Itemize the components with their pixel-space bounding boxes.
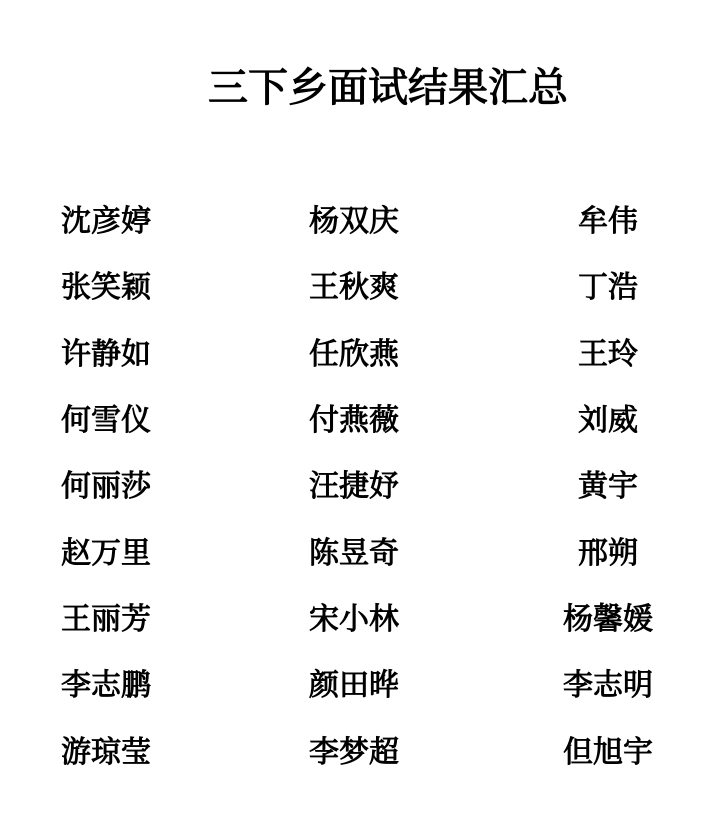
name-cell: 但旭宇 <box>496 715 720 781</box>
name-cell: 王丽芳 <box>0 583 212 649</box>
name-cell: 杨馨媛 <box>496 583 720 649</box>
name-cell: 李志鹏 <box>0 649 212 715</box>
name-cell: 邢朔 <box>496 516 720 582</box>
name-cell: 许静如 <box>0 318 212 384</box>
name-cell: 宋小林 <box>212 583 496 649</box>
name-cell: 杨双庆 <box>212 185 496 251</box>
name-cell: 赵万里 <box>0 516 212 582</box>
name-cell: 颜田晔 <box>212 649 496 715</box>
name-cell: 何丽莎 <box>0 450 212 516</box>
name-cell: 李志明 <box>496 649 720 715</box>
name-cell: 张笑颖 <box>0 251 212 317</box>
name-cell: 王玲 <box>496 318 720 384</box>
name-cell: 李梦超 <box>212 715 496 781</box>
name-cell: 黄宇 <box>496 450 720 516</box>
name-cell: 汪捷妤 <box>212 450 496 516</box>
name-cell: 王秋爽 <box>212 251 496 317</box>
page-title: 三下乡面试结果汇总 <box>0 56 720 113</box>
names-grid: 沈彦婷 杨双庆 牟伟 张笑颖 王秋爽 丁浩 许静如 任欣燕 王玲 何雪仪 付燕薇… <box>0 185 720 782</box>
name-cell: 牟伟 <box>496 185 720 251</box>
name-cell: 任欣燕 <box>212 318 496 384</box>
name-cell: 付燕薇 <box>212 384 496 450</box>
name-cell: 刘威 <box>496 384 720 450</box>
name-cell: 陈昱奇 <box>212 516 496 582</box>
document-page: { "title": "三下乡面试结果汇总", "background_colo… <box>0 0 720 825</box>
name-cell: 沈彦婷 <box>0 185 212 251</box>
name-cell: 丁浩 <box>496 251 720 317</box>
name-cell: 游琼莹 <box>0 715 212 781</box>
name-cell: 何雪仪 <box>0 384 212 450</box>
